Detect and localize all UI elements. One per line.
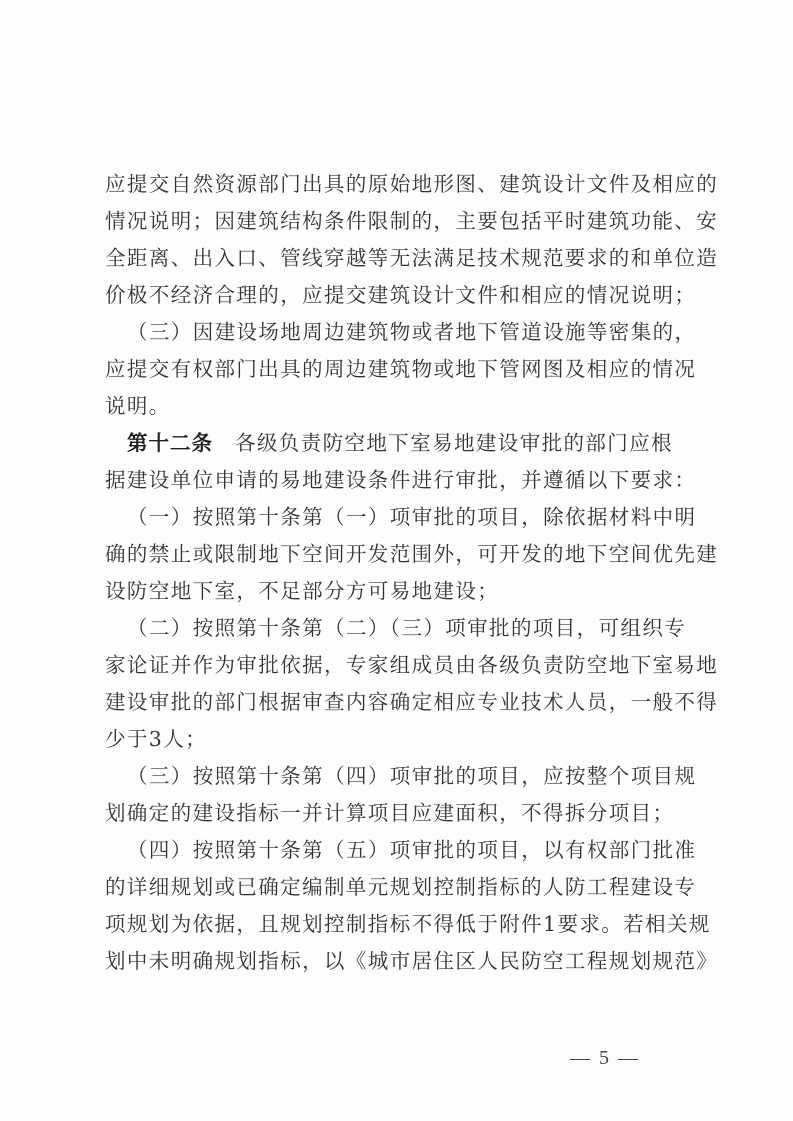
clause-three-line: （三）因建设场地周边建筑物或者地下管道设施等密集的，	[105, 314, 685, 351]
text-line: 确的禁止或限制地下空间开发范围外，可开发的地下空间优先建	[105, 536, 685, 573]
item-4-line: （四）按照第十条第（五）项审批的项目，以有权部门批准	[105, 832, 685, 869]
article-heading: 第十二条	[127, 431, 213, 455]
text-line: 建设审批的部门根据审查内容确定相应专业技术人员，一般不得	[105, 684, 685, 721]
article-12-first-line: 第十二条各级负责防空地下室易地建设审批的部门应根	[105, 425, 685, 462]
text-line: 应提交有权部门出具的周边建筑物或地下管网图及相应的情况	[105, 351, 685, 388]
document-body: 应提交自然资源部门出具的原始地形图、建筑设计文件及相应的 情况说明；因建筑结构条…	[105, 166, 685, 980]
text-line: 项规划为依据，且规划控制指标不得低于附件1要求。若相关规	[105, 906, 685, 943]
text-line: 划中未明确规划指标，以《城市居住区人民防空工程规划规范》	[105, 943, 685, 980]
text-line: 应提交自然资源部门出具的原始地形图、建筑设计文件及相应的	[105, 166, 685, 203]
text-line: 全距离、出入口、管线穿越等无法满足技术规范要求的和单位造	[105, 240, 685, 277]
text-line: 据建设单位申请的易地建设条件进行审批，并遵循以下要求：	[105, 462, 685, 499]
document-page: 应提交自然资源部门出具的原始地形图、建筑设计文件及相应的 情况说明；因建筑结构条…	[0, 0, 793, 1121]
text-line: 少于3人；	[105, 721, 685, 758]
text-line: 划确定的建设指标一并计算项目应建面积，不得拆分项目；	[105, 795, 685, 832]
item-1-line: （一）按照第十条第（一）项审批的项目，除依据材料中明	[105, 499, 685, 536]
text-line: 情况说明；因建筑结构条件限制的，主要包括平时建筑功能、安	[105, 203, 685, 240]
text-line: 价极不经济合理的，应提交建筑设计文件和相应的情况说明；	[105, 277, 685, 314]
text-line: 设防空地下室，不足部分方可易地建设；	[105, 573, 685, 610]
page-number: — 5 —	[570, 1047, 640, 1070]
text-line: 说明。	[105, 388, 685, 425]
article-text: 各级负责防空地下室易地建设审批的部门应根	[235, 431, 673, 455]
item-3-line: （三）按照第十条第（四）项审批的项目，应按整个项目规	[105, 758, 685, 795]
text-line: 家论证并作为审批依据，专家组成员由各级负责防空地下室易地	[105, 647, 685, 684]
item-2-line: （二）按照第十条第（二）（三）项审批的项目，可组织专	[105, 610, 685, 647]
text-line: 的详细规划或已确定编制单元规划控制指标的人防工程建设专	[105, 869, 685, 906]
